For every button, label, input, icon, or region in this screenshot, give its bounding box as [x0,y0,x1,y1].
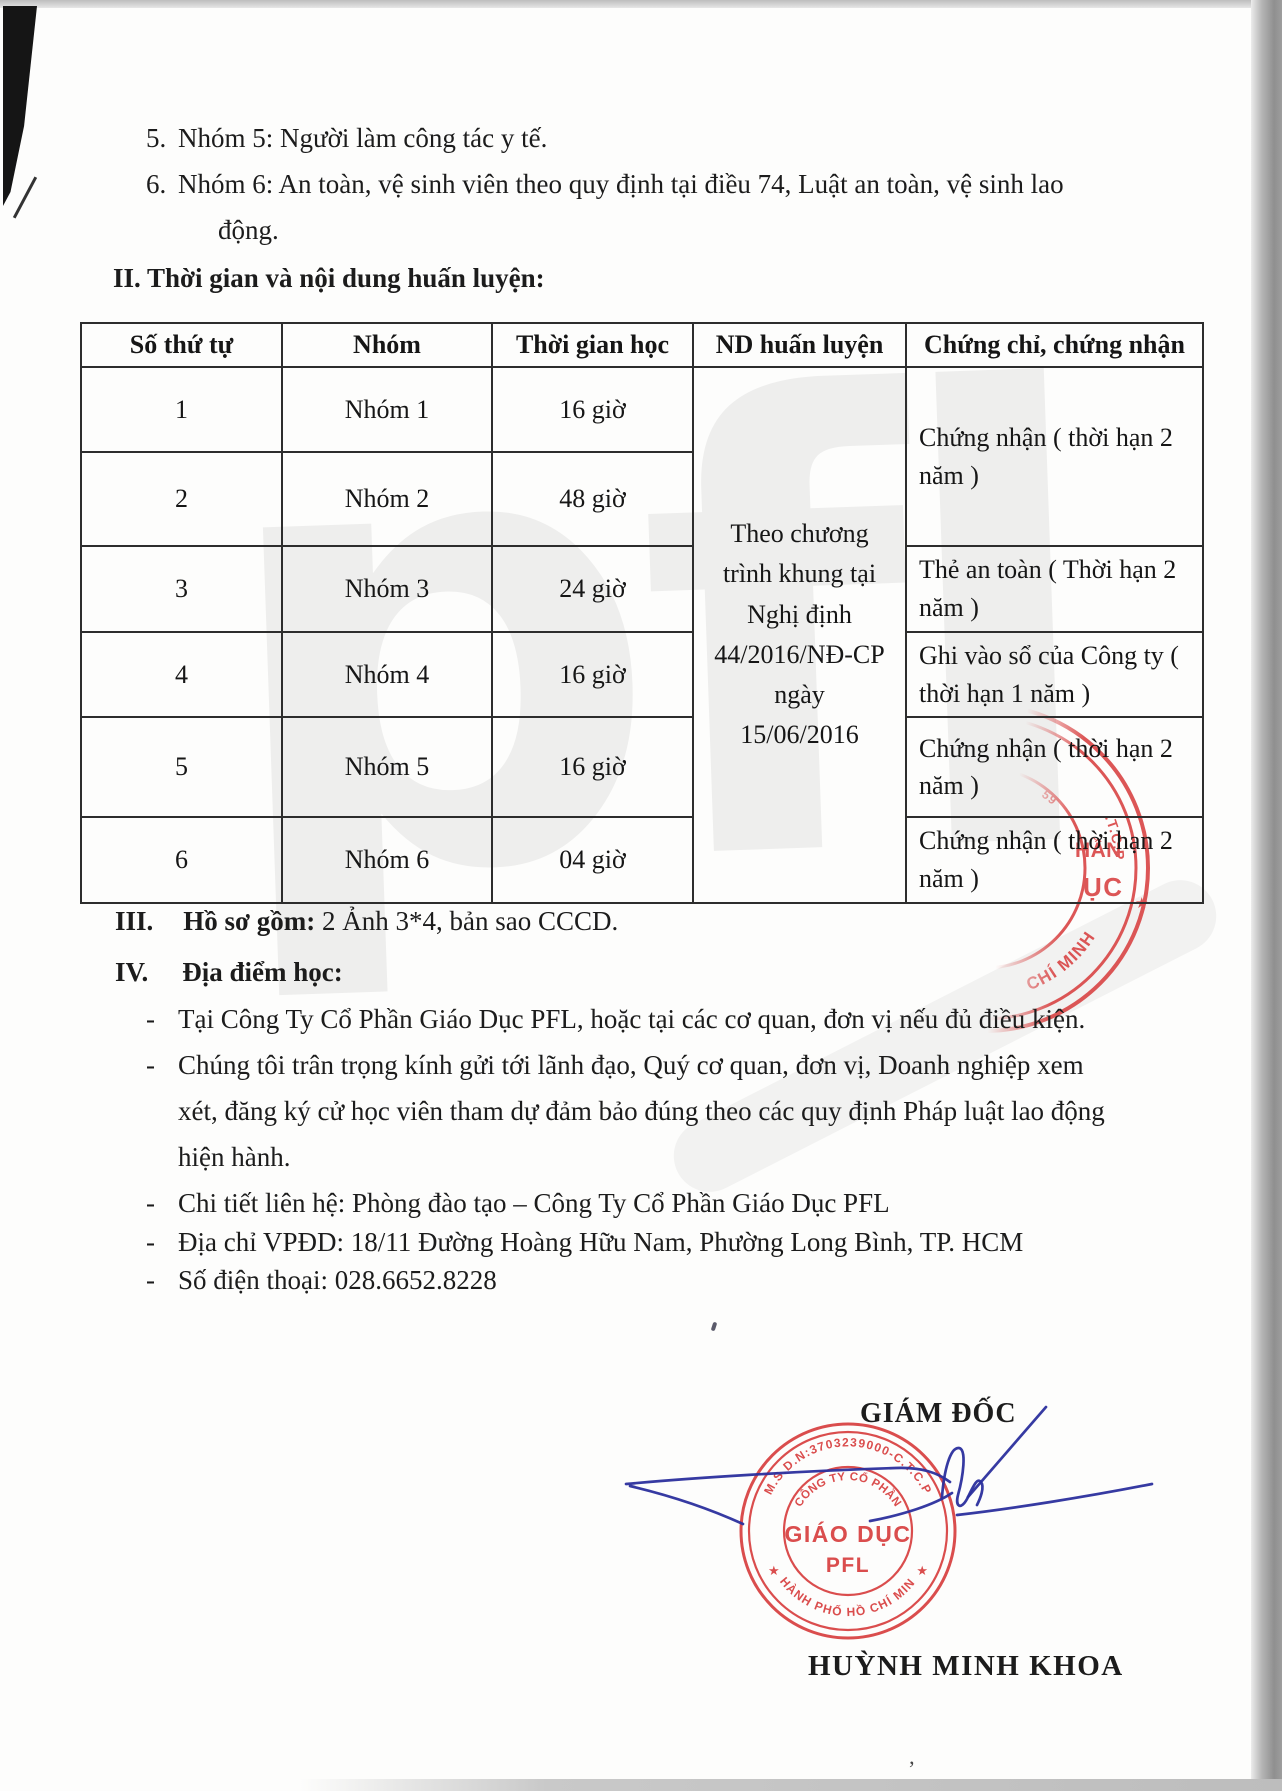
document-page: pfl 5.Nhóm 5: Người làm công tác y tế. 6… [0,0,1282,1791]
stamp-star-icon: ★ [916,1563,928,1578]
table-cell-cert: Thẻ an toàn ( Thời hạn 2 năm ) [906,546,1203,632]
scan-edge-right [1251,0,1282,1791]
director-name: HUỲNH MINH KHOA [808,1650,1124,1683]
bullet-address: -Địa chỉ VPĐD: 18/11 Đường Hoàng Hữu Nam… [146,1226,1023,1260]
header-nhom: Nhóm [282,323,492,367]
table-cell-time: 04 giờ [492,817,693,902]
table-row: 3 Nhóm 3 24 giờ Thẻ an toàn ( Thời hạn 2… [81,546,1203,632]
table-cell-cert: Chứng nhận ( thời hạn 2 năm ) [906,367,1203,546]
bullet-invitation-cont: xét, đăng ký cử học viên tham dự đảm bảo… [178,1095,1105,1129]
bullet-text: Chi tiết liên hệ: Phòng đào tạo – Công T… [178,1188,890,1218]
table-cell-nd-merged: Theo chương trình khung tại Nghị định 44… [693,367,906,903]
list-number: 5. [146,122,178,156]
header-stt: Số thứ tự [81,323,282,367]
section-3-number: III. [115,906,153,936]
table-row: 6 Nhóm 6 04 giờ Chứng nhận ( thời hạn 2 … [81,817,1203,902]
table-row: 1 Nhóm 1 16 giờ Theo chương trình khung … [81,367,1203,452]
list-item-5: 5.Nhóm 5: Người làm công tác y tế. [146,122,547,156]
table-cell-time: 16 giờ [492,367,693,452]
bullet-dash: - [146,1049,178,1083]
section-3-label: Hồ sơ gồm: [183,906,315,936]
section-4-heading: IV.Địa điểm học: [115,956,343,990]
section-4-label: Địa điểm học: [182,957,342,987]
table-row: 4 Nhóm 4 16 giờ Ghi vào sổ của Công ty (… [81,632,1203,717]
header-nd: ND huấn luyện [693,323,906,367]
list-item-6-continuation: động. [218,214,279,248]
table-cell-nhom: Nhóm 6 [282,817,492,902]
table-cell-time: 16 giờ [492,717,693,817]
stamp-star-icon: ★ [768,1563,780,1578]
table-cell-stt: 3 [81,546,282,632]
svg-text:CHÍ MINH: CHÍ MINH [1024,928,1100,994]
bullet-text: Tại Công Ty Cổ Phần Giáo Dục PFL, hoặc t… [178,1004,1085,1034]
training-schedule-table: Số thứ tự Nhóm Thời gian học ND huấn luy… [80,322,1204,904]
table-cell-stt: 5 [81,717,282,817]
scan-corner-artifact [3,6,37,206]
table-cell-nhom: Nhóm 4 [282,632,492,717]
section-4-number: IV. [115,957,148,987]
header-cert: Chứng chỉ, chứng nhận [906,323,1203,367]
scan-edge-bottom [300,1779,1282,1791]
bullet-contact: -Chi tiết liên hệ: Phòng đào tạo – Công … [146,1187,890,1221]
bullet-phone: -Số điện thoại: 028.6652.8228 [146,1264,497,1298]
bullet-text: Chúng tôi trân trọng kính gửi tới lãnh đ… [178,1050,1084,1080]
table-cell-nhom: Nhóm 5 [282,717,492,817]
table-cell-stt: 4 [81,632,282,717]
bullet-text: Số điện thoại: 028.6652.8228 [178,1265,497,1295]
scan-edge-top [0,0,1282,8]
bullet-dash: - [146,1226,178,1260]
section-3-text: 2 Ảnh 3*4, bản sao CCCD. [322,906,618,936]
table-cell-time: 16 giờ [492,632,693,717]
table-cell-nhom: Nhóm 3 [282,546,492,632]
list-item-text: Nhóm 6: An toàn, vệ sinh viên theo quy đ… [178,169,1064,199]
bullet-dash: - [146,1187,178,1221]
bullet-location: -Tại Công Ty Cổ Phần Giáo Dục PFL, hoặc … [146,1003,1085,1037]
table-header-row: Số thứ tự Nhóm Thời gian học ND huấn luy… [81,323,1203,367]
table-cell-cert: Ghi vào sổ của Công ty ( thời hạn 1 năm … [906,632,1203,717]
bullet-dash: - [146,1003,178,1037]
table-cell-stt: 2 [81,452,282,546]
director-signature [540,1385,1180,1555]
table-cell-nhom: Nhóm 1 [282,367,492,452]
section-2-heading: II. Thời gian và nội dung huấn luyện: [113,262,545,296]
ink-speck [711,1322,718,1332]
table-cell-cert: Chứng nhận ( thời hạn 2 năm ) [906,717,1203,817]
table-cell-cert: Chứng nhận ( thời hạn 2 năm ) [906,817,1203,902]
bullet-text: Địa chỉ VPĐD: 18/11 Đường Hoàng Hữu Nam,… [178,1227,1023,1257]
bullet-invitation: -Chúng tôi trân trọng kính gửi tới lãnh … [146,1049,1084,1083]
list-item-6: 6.Nhóm 6: An toàn, vệ sinh viên theo quy… [146,168,1064,202]
stamp-company-abbr: PFL [826,1554,870,1577]
section-3-line: III.Hồ sơ gồm: 2 Ảnh 3*4, bản sao CCCD. [115,905,618,939]
header-time: Thời gian học [492,323,693,367]
table-cell-time: 48 giờ [492,452,693,546]
stamp-city-fragment: CHÍ MINH [1024,928,1100,994]
table-cell-time: 24 giờ [492,546,693,632]
bullet-invitation-end: hiện hành. [178,1141,290,1175]
table-row: 5 Nhóm 5 16 giờ Chứng nhận ( thời hạn 2 … [81,717,1203,817]
list-item-text: Nhóm 5: Người làm công tác y tế. [178,123,547,153]
table-cell-nhom: Nhóm 2 [282,452,492,546]
table-cell-stt: 1 [81,367,282,452]
bullet-dash: - [146,1264,178,1298]
list-number: 6. [146,168,178,202]
scan-fold-line [13,176,37,218]
table-cell-stt: 6 [81,817,282,902]
